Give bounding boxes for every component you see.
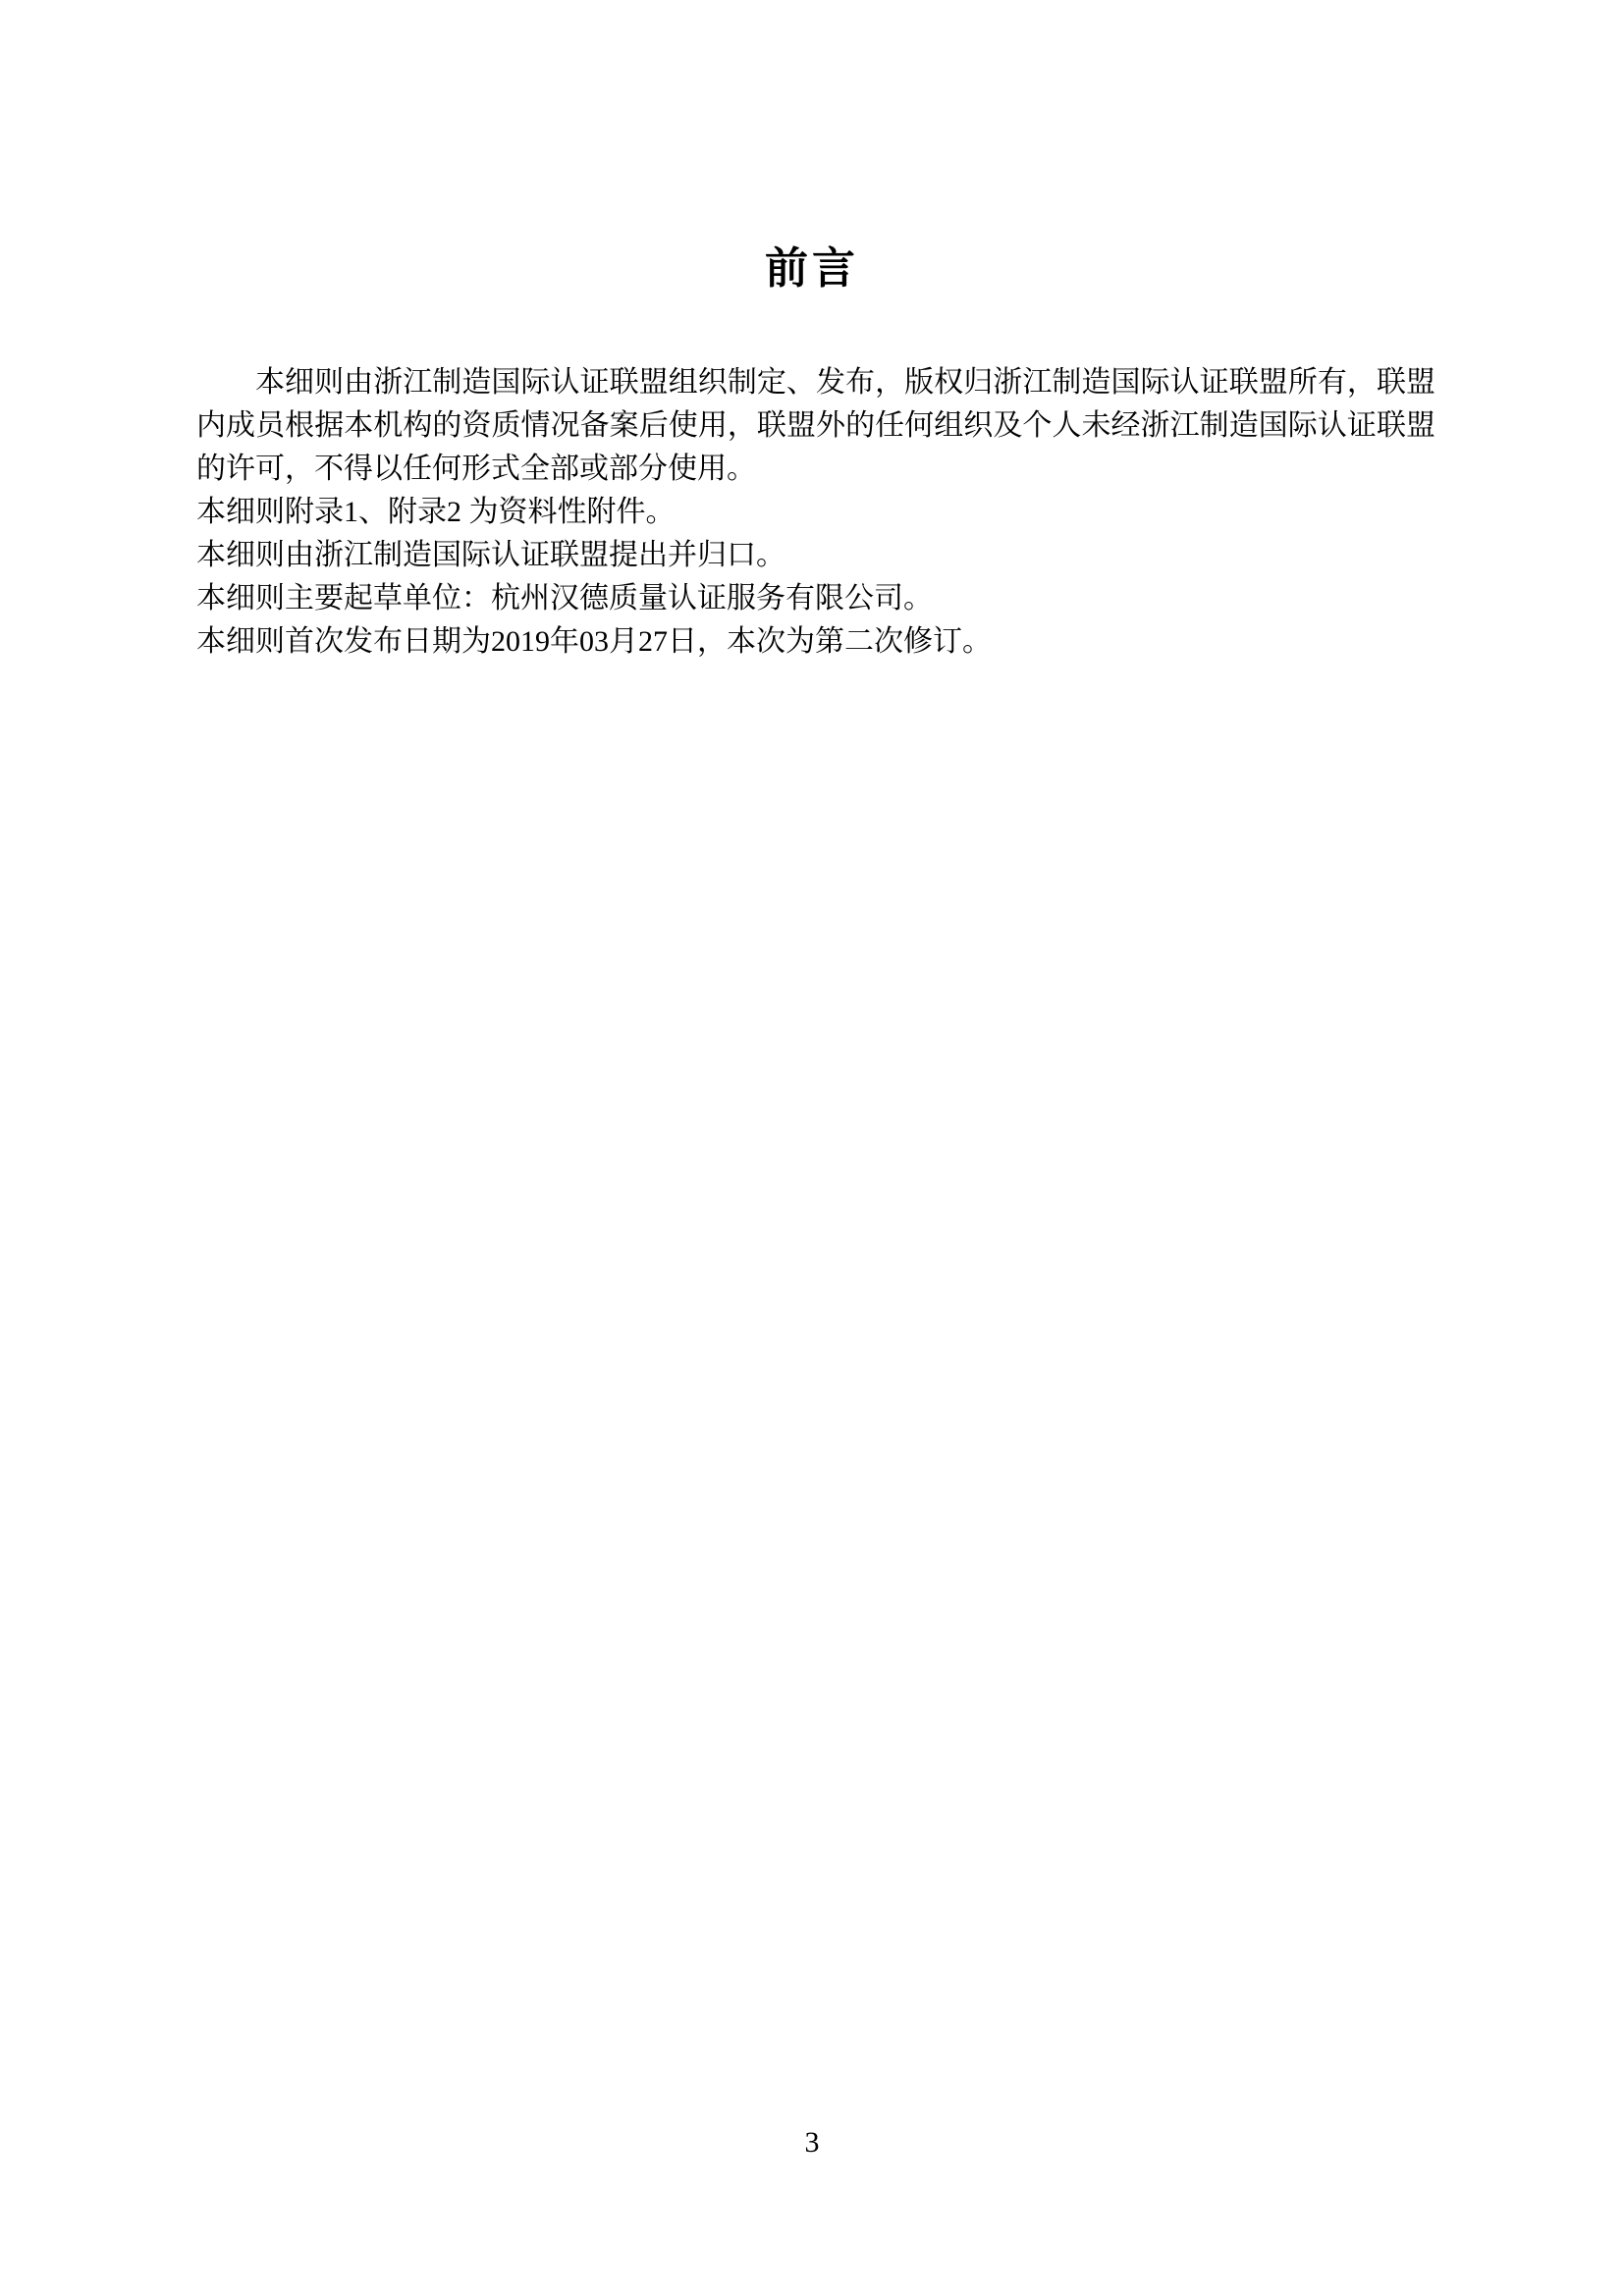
foreword-body: 本细则由浙江制造国际认证联盟组织制定、发布，版权归浙江制造国际认证联盟所有，联盟…	[196, 361, 1435, 664]
foreword-paragraph-annexes: 本细则附录1、附录2 为资料性附件。	[196, 491, 1435, 534]
page-number: 3	[0, 2126, 1624, 2160]
foreword-title: 前言	[0, 243, 1624, 294]
foreword-paragraph-drafting-unit: 本细则主要起草单位：杭州汉德质量认证服务有限公司。	[196, 577, 1435, 620]
foreword-paragraph-copyright: 本细则由浙江制造国际认证联盟组织制定、发布，版权归浙江制造国际认证联盟所有，联盟…	[196, 361, 1435, 491]
foreword-paragraph-issuer: 本细则由浙江制造国际认证联盟提出并归口。	[196, 534, 1435, 577]
document-page: 前言 本细则由浙江制造国际认证联盟组织制定、发布，版权归浙江制造国际认证联盟所有…	[0, 0, 1624, 2296]
foreword-paragraph-publication-date: 本细则首次发布日期为2019年03月27日，本次为第二次修订。	[196, 620, 1435, 664]
